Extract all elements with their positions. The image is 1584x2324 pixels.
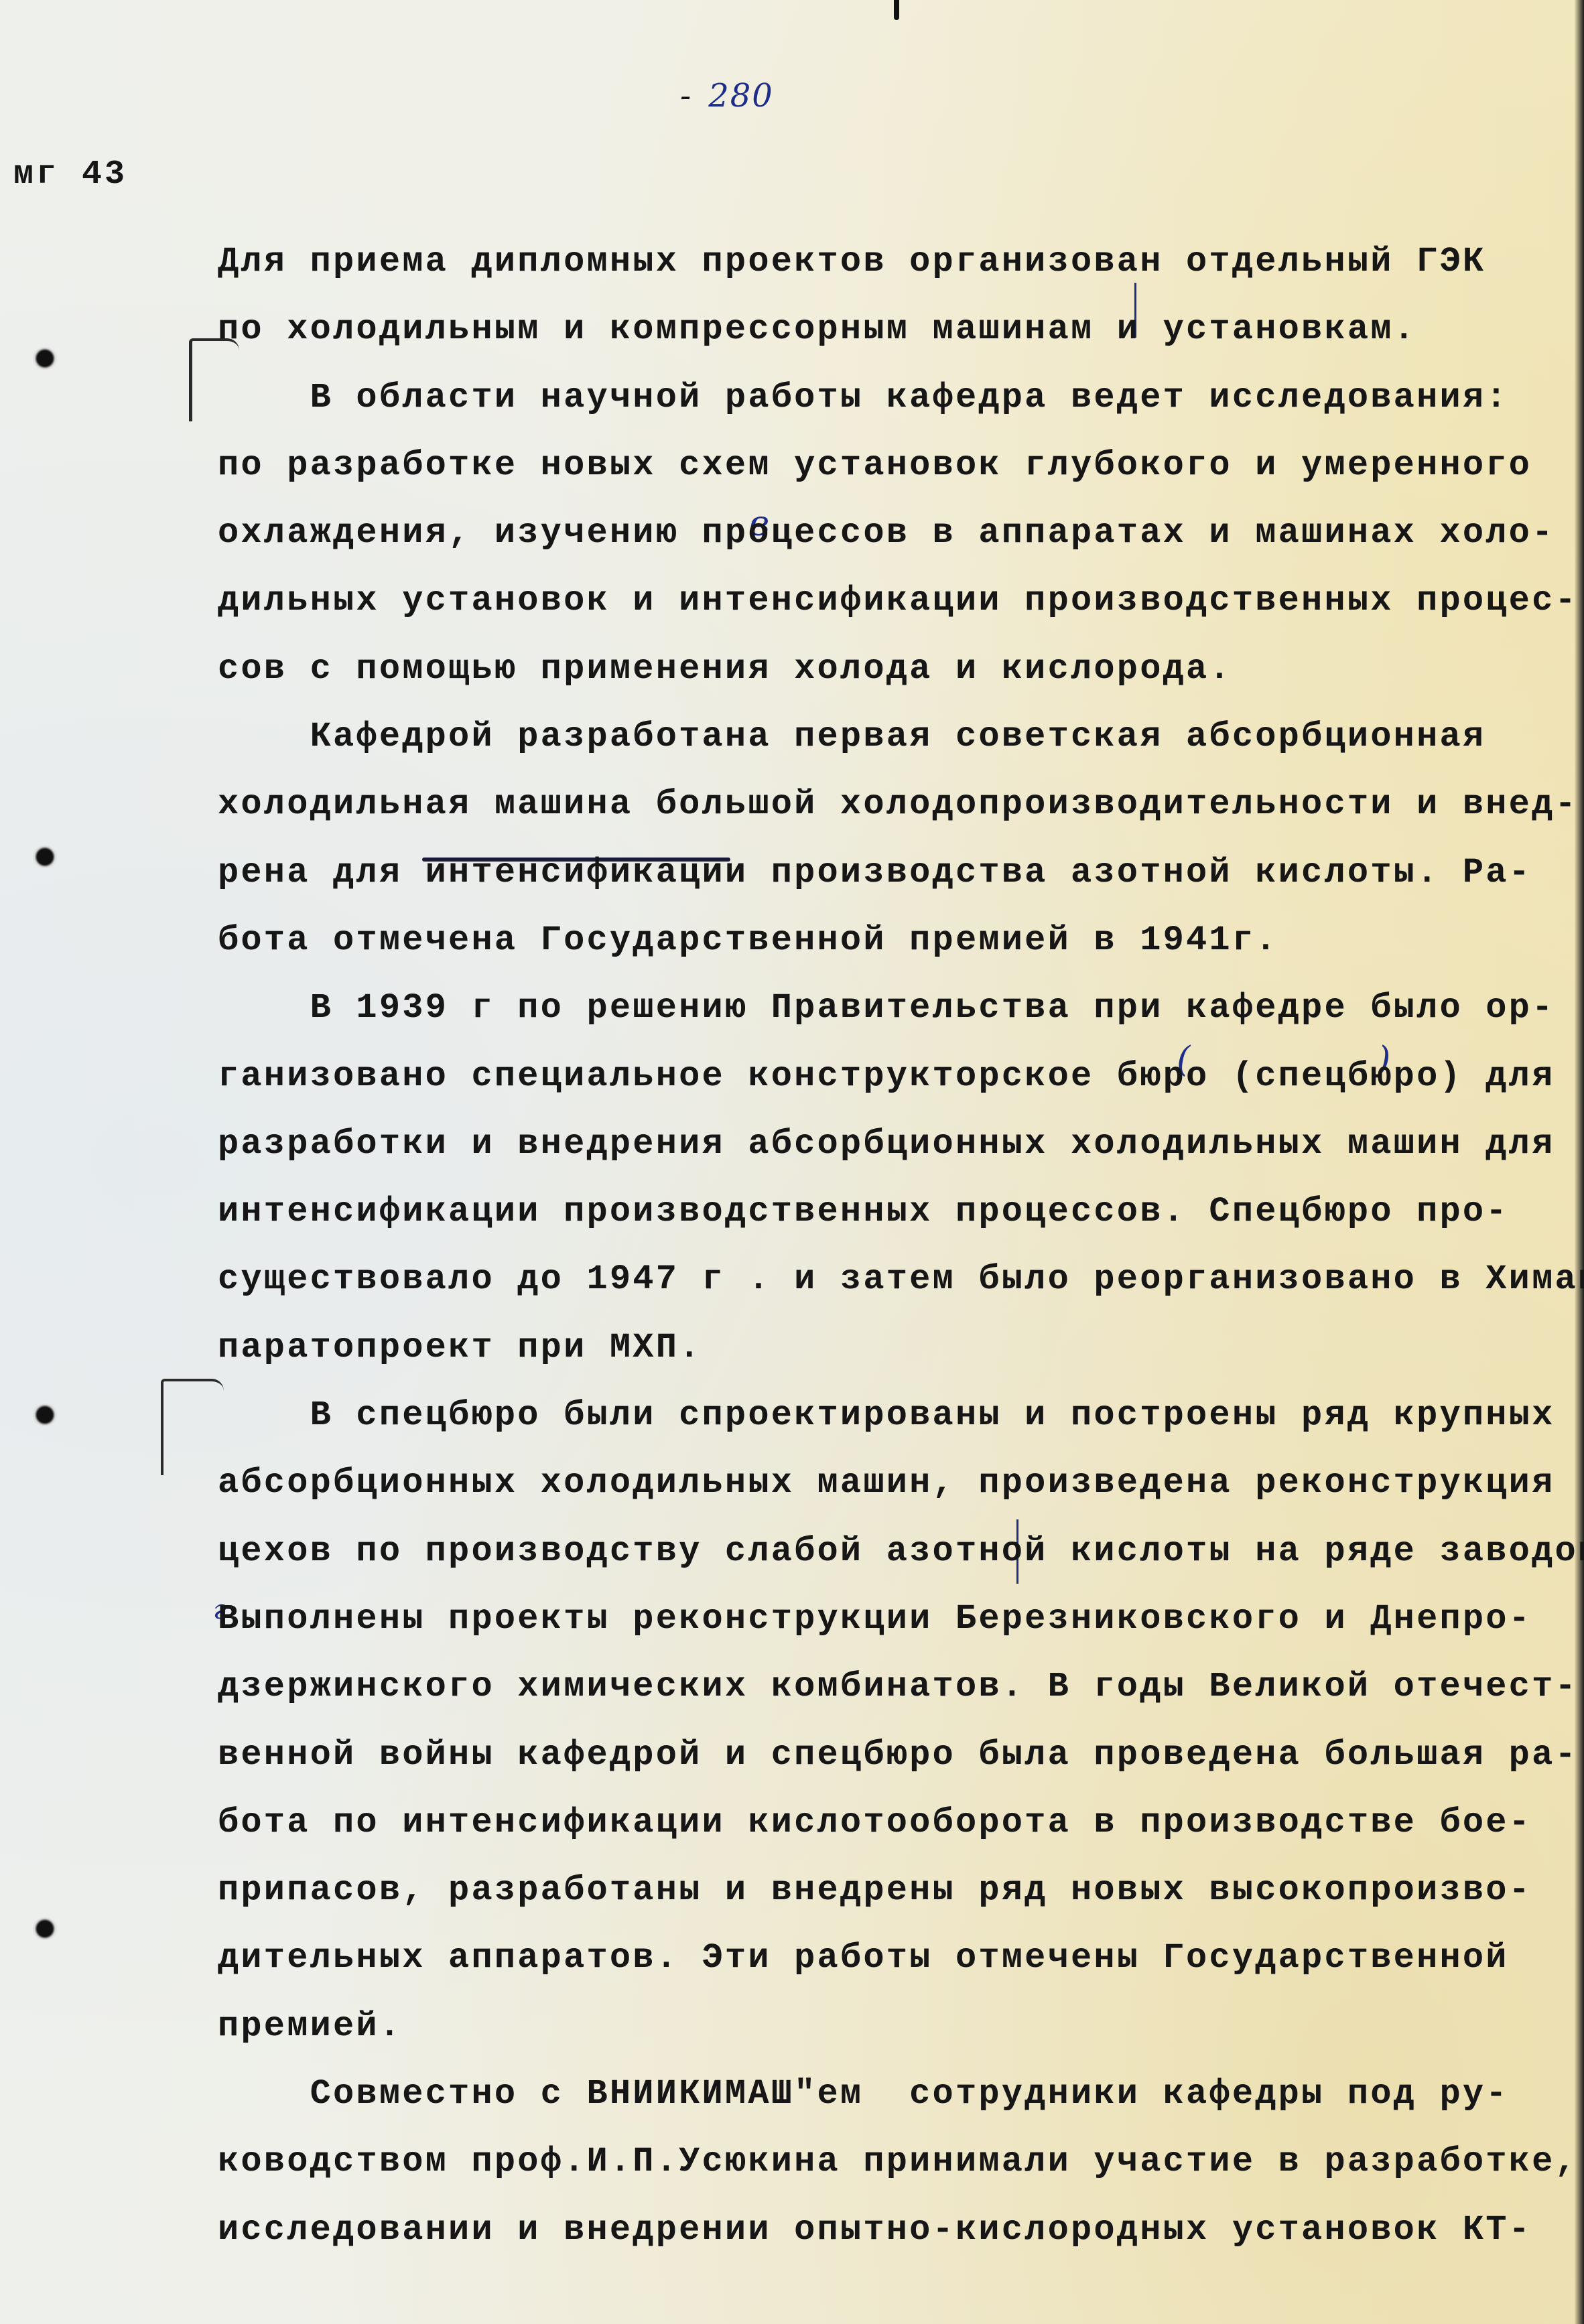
text-line: В 1939 г по решению Правительства при ка… [218, 974, 1558, 1042]
text-line: по разработке новых схем установок глубо… [218, 431, 1558, 499]
text-line: Кафедрой разработана первая советская аб… [218, 703, 1558, 770]
text-line: по холодильным и компрессорным машинам и… [218, 295, 1558, 363]
punch-hole [32, 347, 58, 370]
text-line: Для приема дипломных проектов организова… [218, 228, 1558, 295]
page-edge [1575, 0, 1584, 2324]
punch-hole [32, 1404, 58, 1426]
text-line: цехов по производству слабой азотной кис… [218, 1517, 1558, 1585]
text-line: интенсификации производственных процессо… [218, 1178, 1558, 1245]
text-line: сов с помощью применения холода и кислор… [218, 635, 1558, 703]
text-line: Совместно с ВНИИКИМАШ"ем сотрудники кафе… [218, 2060, 1558, 2128]
text-line: разработки и внедрения абсорбционных хол… [218, 1110, 1558, 1178]
text-line: бота по интенсификации кислотооборота в … [218, 1789, 1558, 1856]
text-line: В области научной работы кафедра ведет и… [218, 364, 1558, 431]
text-line: бота отмечена Государственной премией в … [218, 906, 1558, 974]
paragraph-bracket-mark [161, 1379, 224, 1475]
text-line: холодильная машина большой холодопроизво… [218, 770, 1558, 838]
text-line: дзержинского химических комбинатов. В го… [218, 1653, 1558, 1720]
punch-hole [32, 1917, 58, 1940]
text-line: припасов, разработаны и внедрены ряд нов… [218, 1856, 1558, 1924]
typed-text-body: Для приема дипломных проектов организова… [218, 228, 1558, 2264]
top-pen-mark [894, 0, 899, 20]
text-line: ководством проф.И.П.Усюкина принимали уч… [218, 2128, 1558, 2195]
text-line: В спецбюро были спроектированы и построе… [218, 1381, 1558, 1449]
punch-hole [32, 845, 58, 868]
text-line: охлаждения, изучению процессов в аппарат… [218, 499, 1558, 567]
text-line: исследовании и внедрении опытно-кислород… [218, 2196, 1558, 2264]
page-number-prefix: - [680, 77, 692, 115]
text-line: рена для интенсификации производства азо… [218, 839, 1558, 906]
text-line: премией. [218, 1992, 1558, 2060]
text-line: Выполнены проекты реконструкции Березник… [218, 1585, 1558, 1653]
document-code: мг 43 [13, 155, 127, 194]
text-line: паратопроект при МХП. [218, 1314, 1558, 1381]
text-line: дильных установок и интенсификации произ… [218, 567, 1558, 634]
page-number-value: 280 [708, 77, 774, 115]
text-line: венной войны кафедрой и спецбюро была пр… [218, 1721, 1558, 1789]
page-number: -280 [680, 77, 774, 115]
text-line: ганизовано специальное конструкторское б… [218, 1042, 1558, 1110]
text-line: дительных аппаратов. Эти работы отмечены… [218, 1924, 1558, 1992]
text-line: абсорбционных холодильных машин, произве… [218, 1449, 1558, 1517]
text-line: существовало до 1947 г . и затем было ре… [218, 1245, 1558, 1313]
